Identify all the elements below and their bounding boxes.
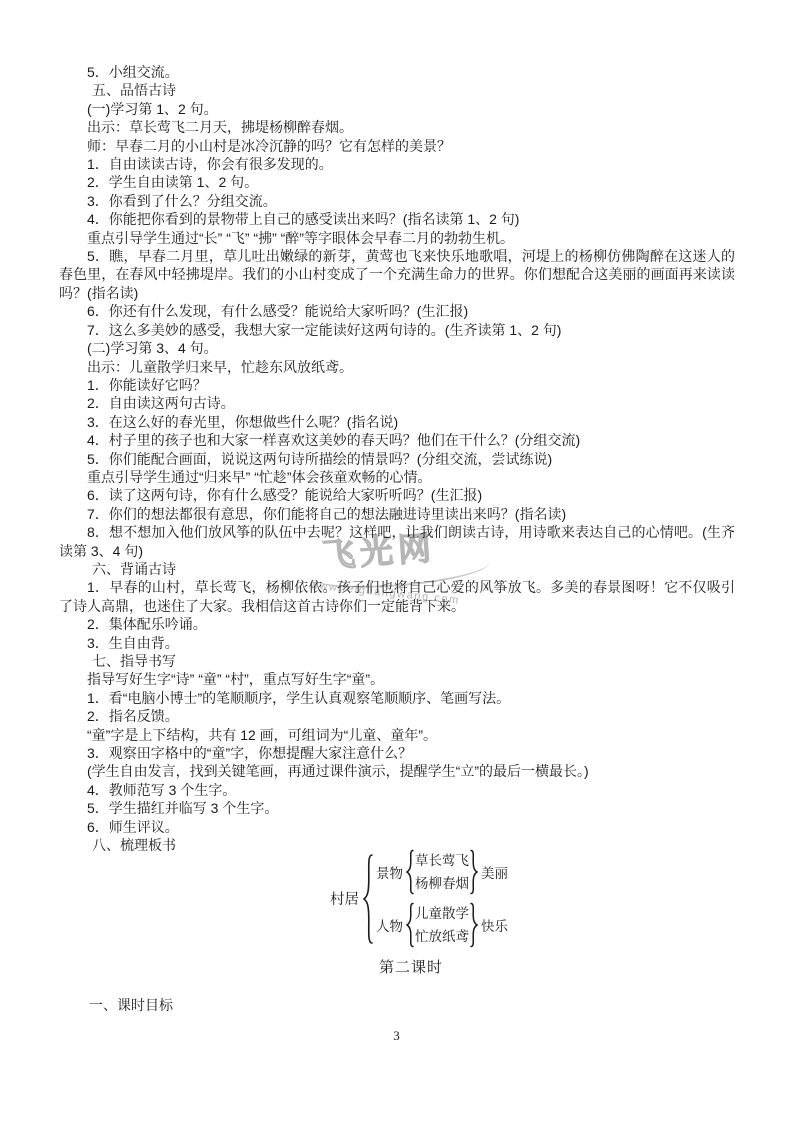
paragraph: 6．你还有什么发现，有什么感受？能说给大家听吗？(生汇报) [59, 302, 735, 320]
paragraph: (二)学习第 3、4 句。 [59, 339, 735, 357]
paragraph: 1．自由读读古诗，你会有很多发现的。 [59, 155, 735, 173]
paragraph: 5．瞧，早春二月里，草儿吐出嫩绿的新芽，黄莺也飞来快乐地歌唱，河堤上的杨柳仿佛陶… [59, 247, 735, 302]
paragraph: 7．你们的想法都很有意思，你们能将自己的想法融进诗里读出来吗？(指名读) [59, 505, 735, 523]
document-page: 飞光网 www.feiguangwang.com 5．小组交流。 五、品悟古诗 … [0, 0, 793, 1122]
paragraph: 3．观察田字格中的“童”字，你想提醒大家注意什么？ [59, 744, 735, 762]
paragraph: 出示：草长莺飞二月天，拂堤杨柳醉春烟。 [59, 118, 735, 136]
paragraph: 5．学生描红并临写 3 个生字。 [59, 799, 735, 817]
page-number: 3 [0, 1028, 793, 1044]
paragraph: 重点引导学生通过“归来早” “忙趁”体会孩童欢畅的心情。 [59, 468, 735, 486]
board-root-label: 村居 [330, 888, 359, 909]
paragraph: (学生自由发言，找到关键笔画，再通过课件演示，提醒学生“立”的最后一横最长。) [59, 762, 735, 780]
paragraph: 8．想不想加入他们放风筝的队伍中去呢？这样吧，让我们朗读古诗，用诗歌来表达自己的… [59, 523, 735, 560]
paragraph: 师：早春二月的小山村是冰冷沉静的吗？它有怎样的美景？ [59, 137, 735, 155]
paragraph: 2．集体配乐吟诵。 [59, 615, 735, 633]
brace-close-icon [470, 902, 479, 948]
section-heading: 七、指导书写 [59, 652, 735, 670]
branch-result: 美丽 [481, 862, 508, 882]
paragraph: 指导写好生字“诗” “童” “村”，重点写好生字“童”。 [59, 670, 735, 688]
session-heading: 第二课时 [59, 956, 735, 977]
section-heading: 六、背诵古诗 [59, 560, 735, 578]
paragraph: 1．早春的山村，草长莺飞，杨柳依依。孩子们也将自己心爱的风筝放飞。多美的春景图呀… [59, 578, 735, 615]
paragraph: 4．村子里的孩子也和大家一样喜欢这美妙的春天吗？他们在干什么？(分组交流) [59, 431, 735, 449]
branch-item: 杨柳春烟 [415, 872, 469, 895]
lesson-plan-text: 5．小组交流。 五、品悟古诗 (一)学习第 1、2 句。 出示：草长莺飞二月天，… [59, 63, 735, 854]
paragraph: 1．你能读好它吗？ [59, 376, 735, 394]
branch-item: 草长莺飞 [415, 849, 469, 872]
branch-label: 景物 [376, 862, 403, 882]
paragraph: 重点引导学生通过“长” “飞” “拂” “醉”等字眼体会早春二月的勃勃生机。 [59, 229, 735, 247]
paragraph: 6．读了这两句诗，你有什么感受？能说给大家听听吗？(生汇报) [59, 486, 735, 504]
paragraph: 2．自由读这两句古诗。 [59, 394, 735, 412]
board-diagram: 村居 景物 草长莺飞 杨柳春烟 美丽 人物 [330, 849, 508, 948]
section-heading-objectives: 一、课时目标 [59, 995, 735, 1015]
branch-result: 快乐 [481, 915, 508, 935]
paragraph: 5．你们能配合画面，说说这两句诗所描绘的情景吗？(分组交流，尝试练说) [59, 450, 735, 468]
paragraph: 4．你能把你看到的景物带上自己的感受读出来吗？(指名读第 1、2 句) [59, 210, 735, 228]
paragraph: “童”字是上下结构，共有 12 画，可组词为“儿童、童年”。 [59, 726, 735, 744]
branch-label: 人物 [376, 915, 403, 935]
board-branch-people: 人物 儿童散学 忙放纸鸢 快乐 [374, 902, 508, 948]
brace-open-icon [405, 849, 414, 895]
branch-item: 忙放纸鸢 [415, 925, 469, 948]
branch-item: 儿童散学 [415, 902, 469, 925]
brace-close-icon [470, 849, 479, 895]
brace-open-icon [405, 902, 414, 948]
brace-open-icon [362, 853, 373, 945]
paragraph: 2．学生自由读第 1、2 句。 [59, 173, 735, 191]
section-heading: 五、品悟古诗 [59, 81, 735, 99]
paragraph: 2．指名反馈。 [59, 707, 735, 725]
board-branch-scenery: 景物 草长莺飞 杨柳春烟 美丽 [374, 849, 508, 895]
paragraph: 3．你看到了什么？分组交流。 [59, 192, 735, 210]
paragraph: 7．这么多美妙的感受，我想大家一定能读好这两句诗的。(生齐读第 1、2 句) [59, 321, 735, 339]
paragraph: 出示：儿童散学归来早，忙趁东风放纸鸢。 [59, 358, 735, 376]
paragraph: 4．教师范写 3 个生字。 [59, 781, 735, 799]
paragraph: 6．师生评议。 [59, 818, 735, 836]
paragraph: 1．看“电脑小博士”的笔顺顺序，学生认真观察笔顺顺序、笔画写法。 [59, 689, 735, 707]
paragraph: 3．在这么好的春光里，你想做些什么呢？(指名说) [59, 413, 735, 431]
paragraph: 3．生自由背。 [59, 634, 735, 652]
paragraph: (一)学习第 1、2 句。 [59, 100, 735, 118]
paragraph: 5．小组交流。 [59, 63, 735, 81]
